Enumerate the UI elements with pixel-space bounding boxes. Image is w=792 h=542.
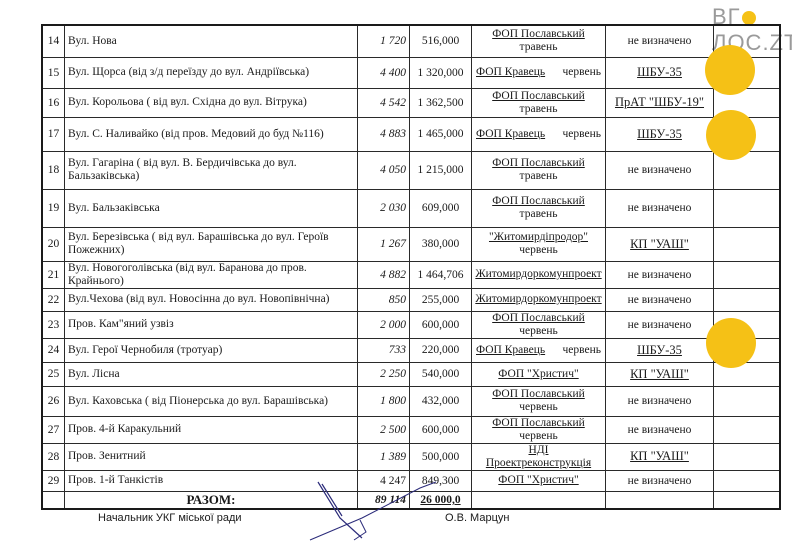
contractor-name: ФОП "Христич" — [498, 368, 578, 380]
cost-value: 220,000 — [410, 338, 472, 362]
row-number: 21 — [42, 261, 65, 288]
table-row: 18 Вул. Гагаріна ( від вул. В. Бердичівс… — [42, 151, 780, 189]
row-number: 27 — [42, 416, 65, 443]
contractor-cell: ФОП Кравецьчервень — [472, 117, 606, 151]
length-value: 2 030 — [358, 189, 410, 227]
table-row: 25 Вул. Лісна 2 250 540,000 ФОП "Христич… — [42, 362, 780, 386]
extra-cell — [714, 288, 781, 311]
street-name: Вул. Нова — [65, 25, 358, 57]
contractor-month: червень — [475, 401, 602, 414]
length-value: 2 000 — [358, 311, 410, 338]
street-name: Вул. С. Наливайко (від пров. Медовий до … — [65, 117, 358, 151]
contractor-name: ФОП Кравець — [476, 66, 545, 79]
executor-name: КП "УАШ" — [630, 449, 689, 463]
executor-name: ШБУ-35 — [637, 343, 682, 357]
contractor-name: ФОП Пославський — [475, 195, 602, 208]
contractor-cell: "Житомирдіпродор"червень — [472, 227, 606, 261]
street-name: Пров. 4-й Каракульний — [65, 416, 358, 443]
executor-name: не визначено — [628, 269, 692, 281]
extra-cell — [714, 470, 781, 491]
cost-value: 1 320,000 — [410, 57, 472, 88]
executor-cell: не визначено — [606, 416, 714, 443]
street-name: Вул. Каховська ( від Піонерська до вул. … — [65, 386, 358, 416]
street-name: Пров. Зенитний — [65, 443, 358, 470]
contractor-month: червень — [475, 430, 602, 443]
contractor-name: ФОП "Христич" — [498, 474, 578, 486]
contractor-month: травень — [475, 170, 602, 183]
contractor-month: травень — [475, 208, 602, 221]
executor-cell: не визначено — [606, 151, 714, 189]
row-number: 19 — [42, 189, 65, 227]
executor-name: не визначено — [628, 395, 692, 407]
contractor-name: НДІ Проектреконструкція — [486, 444, 591, 469]
row-number: 14 — [42, 25, 65, 57]
cost-value: 1 215,000 — [410, 151, 472, 189]
length-value: 1 800 — [358, 386, 410, 416]
executor-name: ПрАТ "ШБУ-19" — [615, 95, 704, 109]
executor-cell: не визначено — [606, 386, 714, 416]
table-row: 23 Пров. Кам"яний узвіз 2 000 600,000 ФО… — [42, 311, 780, 338]
cost-value: 600,000 — [410, 311, 472, 338]
contractor-month: червень — [475, 244, 602, 257]
road-repair-table: 14 Вул. Нова 1 720 516,000 ФОП Пославськ… — [41, 24, 781, 510]
executor-cell: ПрАТ "ШБУ-19" — [606, 88, 714, 117]
extra-cell — [714, 443, 781, 470]
street-name: Вул. Герої Чернобиля (тротуар) — [65, 338, 358, 362]
executor-cell: ШБУ-35 — [606, 338, 714, 362]
cost-value: 540,000 — [410, 362, 472, 386]
contractor-name: ФОП Пославський — [475, 417, 602, 430]
executor-cell: не визначено — [606, 288, 714, 311]
contractor-cell: ФОП Пославськийтравень — [472, 25, 606, 57]
contractor-cell: ФОП Пославськийтравень — [472, 189, 606, 227]
executor-cell: КП "УАШ" — [606, 362, 714, 386]
row-number: 23 — [42, 311, 65, 338]
length-value: 4 050 — [358, 151, 410, 189]
executor-name: КП "УАШ" — [630, 367, 689, 381]
contractor-name: "Житомирдіпродор" — [475, 231, 602, 244]
contractor-name: ФОП Пославський — [475, 388, 602, 401]
cost-value: 255,000 — [410, 288, 472, 311]
redaction-dot-icon — [706, 318, 756, 368]
total-num-cell — [42, 491, 65, 509]
contractor-cell: ФОП "Христич" — [472, 470, 606, 491]
executor-name: не визначено — [628, 319, 692, 331]
executor-name: КП "УАШ" — [630, 237, 689, 251]
contractor-name: ФОП Пославський — [475, 312, 602, 325]
contractor-cell: Житомирдоркомунпроект — [472, 288, 606, 311]
street-name: Вул. Гагаріна ( від вул. В. Бердичівська… — [65, 151, 358, 189]
table-row: 19 Вул. Бальзаківська 2 030 609,000 ФОП … — [42, 189, 780, 227]
contractor-cell: ФОП Кравецьчервень — [472, 57, 606, 88]
total-empty-cell — [606, 491, 714, 509]
cost-value: 600,000 — [410, 416, 472, 443]
extra-cell — [714, 227, 781, 261]
table-row: 28 Пров. Зенитний 1 389 500,000 НДІ Прое… — [42, 443, 780, 470]
contractor-name: ФОП Пославський — [475, 90, 602, 103]
executor-name: ШБУ-35 — [637, 65, 682, 79]
executor-cell: не визначено — [606, 261, 714, 288]
length-value: 850 — [358, 288, 410, 311]
contractor-name: ФОП Пославський — [475, 28, 602, 41]
length-value: 1 720 — [358, 25, 410, 57]
contractor-name: Житомирдоркомунпроект — [475, 293, 601, 305]
executor-cell: не визначено — [606, 189, 714, 227]
contractor-cell: ФОП Пославськийтравень — [472, 88, 606, 117]
total-empty-cell — [472, 491, 606, 509]
street-name: Вул. Корольова ( від вул. Східна до вул.… — [65, 88, 358, 117]
contractor-cell: ФОП Кравецьчервень — [472, 338, 606, 362]
executor-cell: не визначено — [606, 25, 714, 57]
table-row: 21 Вул. Новогоголівська (від вул. Барано… — [42, 261, 780, 288]
cost-value: 609,000 — [410, 189, 472, 227]
row-number: 18 — [42, 151, 65, 189]
table-row: 24 Вул. Герої Чернобиля (тротуар) 733 22… — [42, 338, 780, 362]
executor-name: не визначено — [628, 294, 692, 306]
street-name: Вул. Новогоголівська (від вул. Баранова … — [65, 261, 358, 288]
table-row: 16 Вул. Корольова ( від вул. Східна до в… — [42, 88, 780, 117]
executor-name: не визначено — [628, 164, 692, 176]
contractor-name: ФОП Пославський — [475, 157, 602, 170]
cost-value: 500,000 — [410, 443, 472, 470]
cost-value: 1 464,706 — [410, 261, 472, 288]
redaction-dot-icon — [706, 110, 756, 160]
length-value: 4 542 — [358, 88, 410, 117]
executor-cell: не визначено — [606, 470, 714, 491]
row-number: 17 — [42, 117, 65, 151]
logo-dot-icon — [742, 11, 756, 25]
footer-signatory: О.В. Марцун — [445, 512, 509, 524]
executor-name: не визначено — [628, 35, 692, 47]
extra-cell — [714, 261, 781, 288]
street-name: Вул. Лісна — [65, 362, 358, 386]
extra-cell — [714, 189, 781, 227]
length-value: 733 — [358, 338, 410, 362]
length-value: 4 883 — [358, 117, 410, 151]
row-number: 20 — [42, 227, 65, 261]
executor-name: не визначено — [628, 424, 692, 436]
contractor-name: ФОП Кравець — [476, 128, 545, 141]
row-number: 16 — [42, 88, 65, 117]
executor-cell: ШБУ-35 — [606, 117, 714, 151]
table-row: 20 Вул. Березівська ( від вул. Барашівсь… — [42, 227, 780, 261]
row-number: 29 — [42, 470, 65, 491]
length-value: 4 400 — [358, 57, 410, 88]
table-row: 17 Вул. С. Наливайко (від пров. Медовий … — [42, 117, 780, 151]
contractor-cell: ФОП Пославськийчервень — [472, 416, 606, 443]
executor-cell: КП "УАШ" — [606, 227, 714, 261]
street-name: Пров. Кам"яний узвіз — [65, 311, 358, 338]
street-name: Вул. Березівська ( від вул. Барашівська … — [65, 227, 358, 261]
row-number: 28 — [42, 443, 65, 470]
street-name: Вул. Бальзаківська — [65, 189, 358, 227]
contractor-cell: ФОП Пославськийчервень — [472, 386, 606, 416]
table-row: 22 Вул.Чехова (від вул. Новосінна до вул… — [42, 288, 780, 311]
extra-cell — [714, 386, 781, 416]
contractor-month: червень — [562, 344, 601, 357]
row-number: 22 — [42, 288, 65, 311]
cost-value: 516,000 — [410, 25, 472, 57]
length-value: 2 250 — [358, 362, 410, 386]
table-row: 27 Пров. 4-й Каракульний 2 500 600,000 Ф… — [42, 416, 780, 443]
contractor-cell: ФОП Пославськийчервень — [472, 311, 606, 338]
executor-name: не визначено — [628, 202, 692, 214]
length-value: 1 389 — [358, 443, 410, 470]
executor-name: не визначено — [628, 475, 692, 487]
contractor-month: червень — [475, 325, 602, 338]
executor-name: ШБУ-35 — [637, 127, 682, 141]
contractor-month: червень — [562, 128, 601, 141]
cost-value: 1 465,000 — [410, 117, 472, 151]
contractor-month: червень — [562, 66, 601, 79]
length-value: 2 500 — [358, 416, 410, 443]
footer-position: Начальник УКГ міської ради — [98, 512, 242, 524]
contractor-month: травень — [475, 41, 602, 54]
row-number: 24 — [42, 338, 65, 362]
contractor-name: Житомирдоркомунпроект — [475, 268, 601, 280]
row-number: 15 — [42, 57, 65, 88]
executor-cell: ШБУ-35 — [606, 57, 714, 88]
total-empty-cell — [714, 491, 781, 509]
length-value: 1 267 — [358, 227, 410, 261]
row-number: 25 — [42, 362, 65, 386]
executor-cell: КП "УАШ" — [606, 443, 714, 470]
street-name: Вул.Чехова (від вул. Новосінна до вул. Н… — [65, 288, 358, 311]
signature-icon — [300, 480, 450, 542]
cost-value: 1 362,500 — [410, 88, 472, 117]
cost-value: 432,000 — [410, 386, 472, 416]
table-row: 14 Вул. Нова 1 720 516,000 ФОП Пославськ… — [42, 25, 780, 57]
contractor-cell: ФОП "Христич" — [472, 362, 606, 386]
contractor-cell: Житомирдоркомунпроект — [472, 261, 606, 288]
redaction-dot-icon — [705, 45, 755, 95]
extra-cell — [714, 416, 781, 443]
contractor-name: ФОП Кравець — [476, 344, 545, 357]
contractor-month: травень — [475, 103, 602, 116]
executor-cell: не визначено — [606, 311, 714, 338]
cost-value: 380,000 — [410, 227, 472, 261]
contractor-cell: НДІ Проектреконструкція — [472, 443, 606, 470]
table-row: 26 Вул. Каховська ( від Піонерська до ву… — [42, 386, 780, 416]
length-value: 4 882 — [358, 261, 410, 288]
contractor-cell: ФОП Пославськийтравень — [472, 151, 606, 189]
table-row: 15 Вул. Щорса (від з/д переїзду до вул. … — [42, 57, 780, 88]
row-number: 26 — [42, 386, 65, 416]
street-name: Вул. Щорса (від з/д переїзду до вул. Анд… — [65, 57, 358, 88]
